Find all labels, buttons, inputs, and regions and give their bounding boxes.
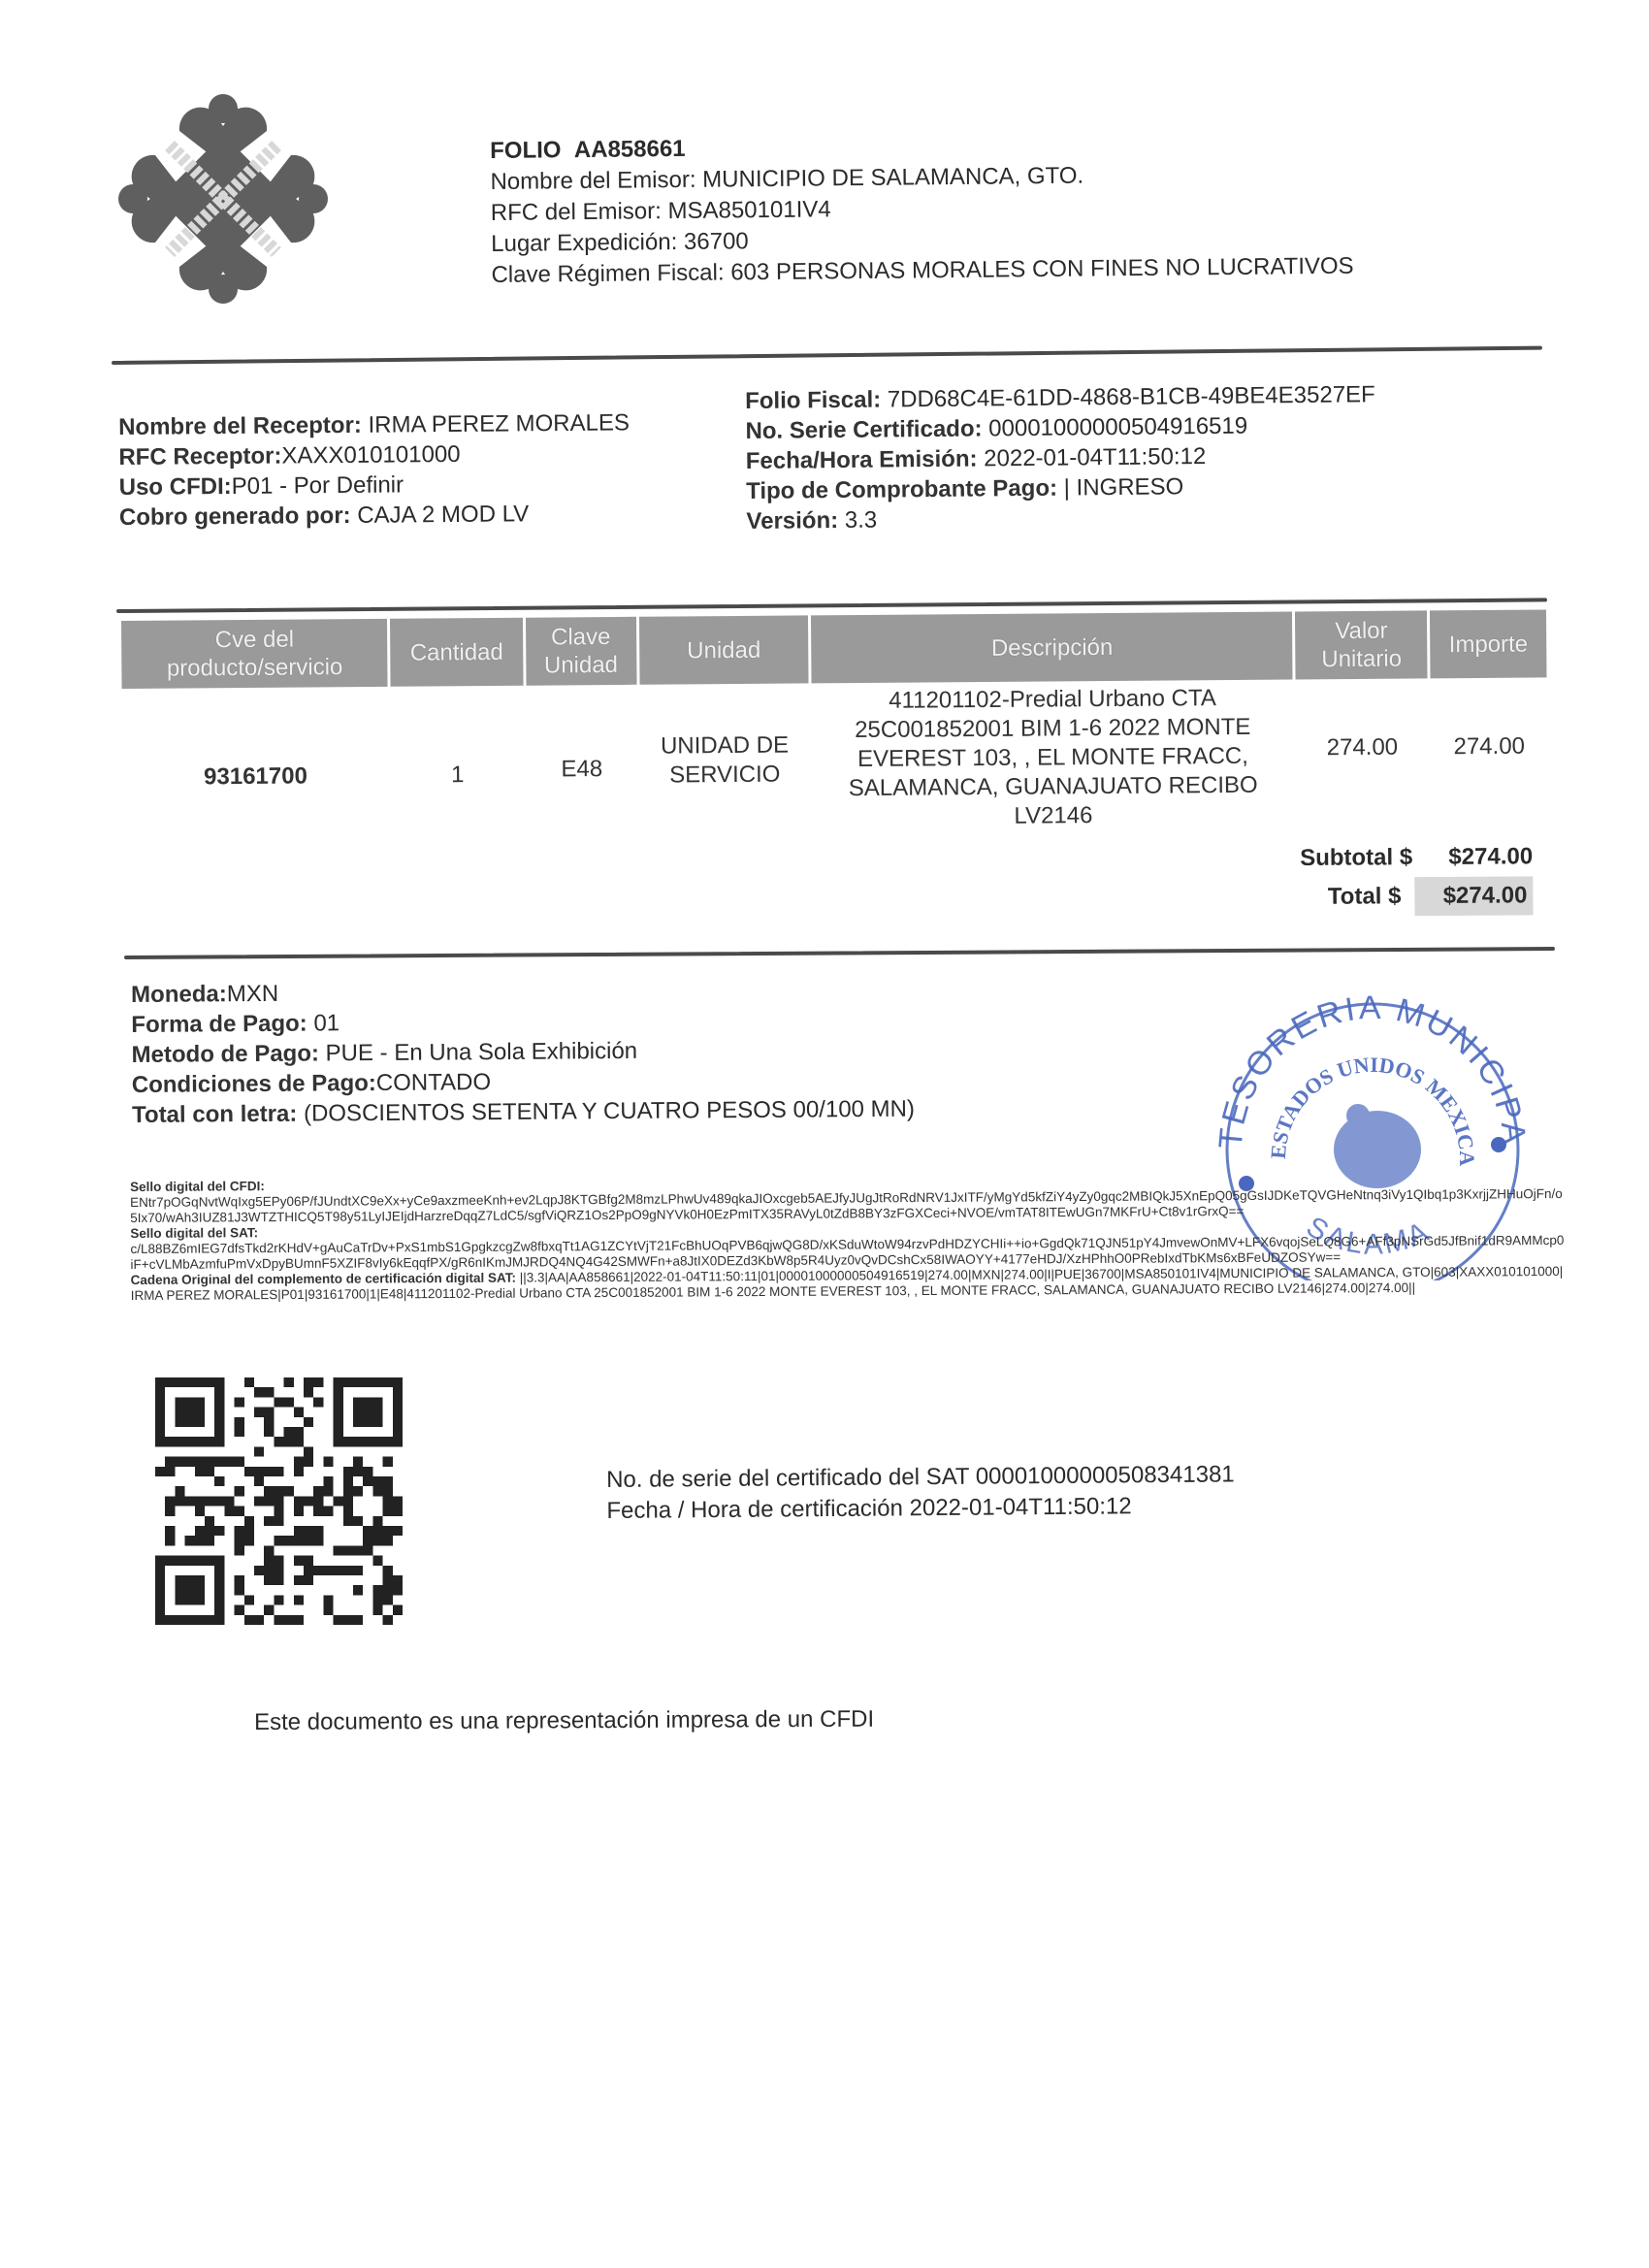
fecha-emision: 2022-01-04T11:50:12 bbox=[984, 443, 1206, 471]
folio-value: AA858661 bbox=[574, 136, 686, 163]
folio-fiscal: 7DD68C4E-61DD-4868-B1CB-49BE4E3527EF bbox=[888, 381, 1375, 412]
receptor-nombre: IRMA PEREZ MORALES bbox=[368, 409, 630, 437]
total-value: $274.00 bbox=[1414, 876, 1533, 916]
col-importe: Importe bbox=[1430, 609, 1546, 678]
version: 3.3 bbox=[845, 507, 878, 534]
subtotal-value: $274.00 bbox=[1426, 837, 1533, 877]
tipo-comprobante: | INGRESO bbox=[1064, 473, 1184, 501]
issuer-header: FOLIO AA858661 Nombre del Emisor: MUNICI… bbox=[490, 127, 1354, 291]
col-valor-unitario: Valor Unitario bbox=[1295, 610, 1428, 679]
table-row: 93161700 1 E48 UNIDAD DE SERVICIO 411201… bbox=[122, 677, 1548, 842]
municipality-logo bbox=[112, 87, 335, 310]
fecha-emision-label: Fecha/Hora Emisión: bbox=[746, 445, 978, 473]
emisor-rfc-label: RFC del Emisor: bbox=[491, 198, 662, 226]
cell-descripcion: 411201102-Predial Urbano CTA 25C00185200… bbox=[812, 679, 1294, 836]
emisor-nombre-label: Nombre del Emisor: bbox=[490, 167, 695, 195]
payment-info: Moneda:MXN Forma de Pago: 01 Metodo de P… bbox=[131, 974, 915, 1130]
forma-pago: 01 bbox=[313, 1010, 339, 1036]
divider bbox=[112, 346, 1542, 365]
col-clave-producto: Cve del producto/servicio bbox=[121, 619, 388, 689]
receptor-rfc-label: RFC Receptor: bbox=[118, 443, 281, 470]
cell-unidad: UNIDAD DE SERVICIO bbox=[639, 683, 810, 837]
emisor-nombre: MUNICIPIO DE SALAMANCA, GTO. bbox=[702, 163, 1083, 193]
lugar-label: Lugar Expedición: bbox=[491, 229, 677, 257]
footer-note: Este documento es una representación imp… bbox=[254, 1706, 874, 1736]
cell-cantidad: 1 bbox=[391, 686, 524, 840]
serie-sat: 00001000000508341381 bbox=[976, 1461, 1235, 1489]
cell-clave-producto: 93161700 bbox=[122, 687, 390, 842]
cell-clave-unidad: E48 bbox=[526, 685, 637, 839]
total-letra-label: Total con letra: bbox=[132, 1101, 297, 1128]
emisor-rfc: MSA850101IV4 bbox=[667, 196, 830, 224]
regimen-fiscal: 603 PERSONAS MORALES CON FINES NO LUCRAT… bbox=[730, 253, 1354, 286]
condiciones-pago: CONTADO bbox=[376, 1069, 491, 1096]
folio-label: FOLIO bbox=[490, 137, 562, 164]
fiscal-info: Folio Fiscal: 7DD68C4E-61DD-4868-B1CB-49… bbox=[745, 379, 1376, 536]
moneda-label: Moneda: bbox=[131, 981, 227, 1008]
col-cantidad: Cantidad bbox=[390, 618, 523, 687]
total-label: Total $ bbox=[1328, 877, 1402, 917]
forma-pago-label: Forma de Pago: bbox=[131, 1011, 307, 1038]
col-unidad: Unidad bbox=[639, 615, 809, 684]
serie-certificado-label: No. Serie Certificado: bbox=[745, 415, 982, 444]
fecha-certificacion: 2022-01-04T11:50:12 bbox=[909, 1493, 1131, 1521]
serie-certificado: 00001000000504916519 bbox=[988, 413, 1247, 442]
uso-cfdi: P01 - Por Definir bbox=[232, 471, 404, 500]
lugar-expedicion: 36700 bbox=[684, 228, 749, 255]
cell-importe: 274.00 bbox=[1431, 677, 1548, 831]
col-descripcion: Descripción bbox=[811, 611, 1292, 683]
total-letra: (DOSCIENTOS SETENTA Y CUATRO PESOS 00/10… bbox=[304, 1096, 915, 1127]
condiciones-label: Condiciones de Pago: bbox=[132, 1070, 376, 1098]
folio-fiscal-label: Folio Fiscal: bbox=[745, 387, 881, 414]
regimen-label: Clave Régimen Fiscal: bbox=[491, 259, 724, 288]
uso-cfdi-label: Uso CFDI: bbox=[119, 473, 232, 501]
totals: Subtotal $$274.00 Total $$274.00 bbox=[1300, 837, 1534, 917]
subtotal-label: Subtotal $ bbox=[1300, 838, 1412, 878]
metodo-pago: PUE - En Una Sola Exhibición bbox=[325, 1038, 637, 1067]
cobro-generado: CAJA 2 MOD LV bbox=[357, 501, 529, 529]
divider bbox=[124, 947, 1555, 959]
digital-stamps: Sello digital del CFDI: ENtr7pOGqNvtWqIx… bbox=[130, 1171, 1567, 1304]
cobro-label: Cobro generado por: bbox=[119, 502, 351, 531]
tipo-comprobante-label: Tipo de Comprobante Pago: bbox=[746, 475, 1057, 504]
moneda: MXN bbox=[227, 981, 279, 1007]
table-header-row: Cve del producto/servicio Cantidad Clave… bbox=[121, 609, 1547, 689]
receptor-nombre-label: Nombre del Receptor: bbox=[118, 412, 362, 440]
col-clave-unidad: Clave Unidad bbox=[526, 617, 637, 686]
receptor-rfc: XAXX010101000 bbox=[281, 441, 460, 470]
items-table: Cve del producto/servicio Cantidad Clave… bbox=[118, 609, 1551, 842]
version-label: Versión: bbox=[746, 507, 838, 535]
metodo-pago-label: Metodo de Pago: bbox=[132, 1040, 320, 1068]
cell-valor-unitario: 274.00 bbox=[1296, 678, 1429, 832]
cadena-original-label: Cadena Original del complemento de certi… bbox=[131, 1271, 516, 1287]
serie-sat-label: No. de serie del certificado del SAT bbox=[606, 1464, 969, 1493]
certification-info: No. de serie del certificado del SAT 000… bbox=[606, 1459, 1235, 1527]
fecha-certificacion-label: Fecha / Hora de certificación bbox=[606, 1495, 903, 1524]
receptor-info: Nombre del Receptor: IRMA PEREZ MORALES … bbox=[118, 407, 630, 533]
qr-code bbox=[155, 1377, 403, 1625]
